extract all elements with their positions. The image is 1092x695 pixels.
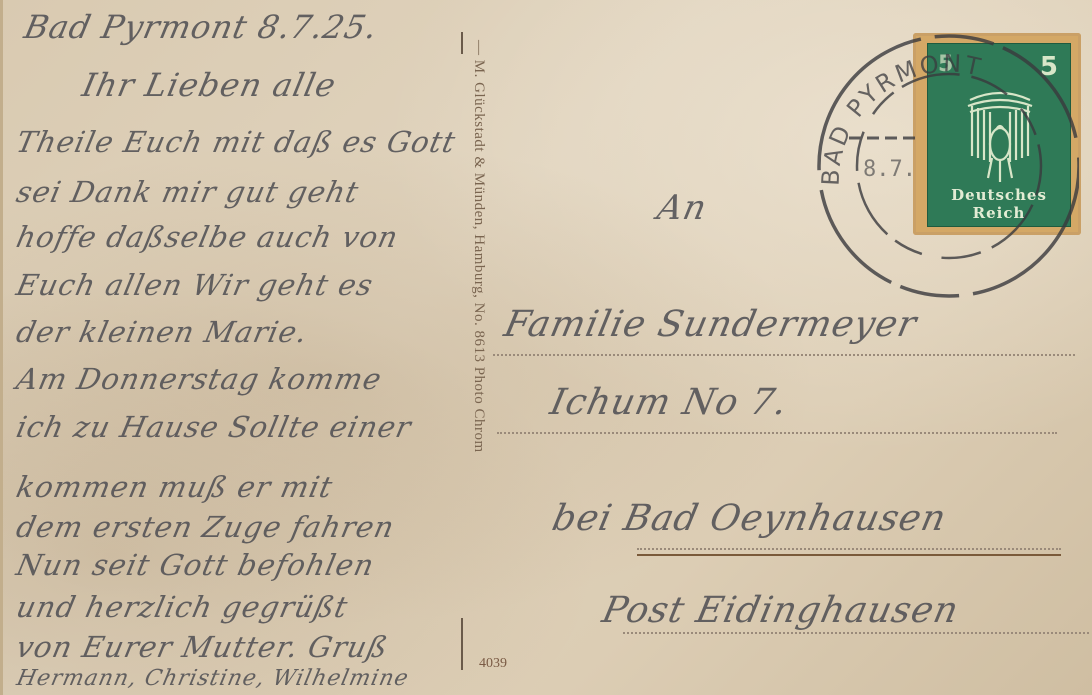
message-line: Am Donnerstag komme: [13, 362, 385, 396]
card-number: 4039: [479, 656, 507, 672]
address-rule-3: [637, 548, 1061, 550]
address-an: An: [654, 188, 711, 228]
message-line-signatures: Hermann, Christine, Wilhelmine: [14, 666, 411, 691]
divider-line-bottom: [461, 618, 463, 670]
address-rule-4: [623, 632, 1089, 634]
message-line: ich zu Hause Sollte einer: [13, 410, 414, 444]
message-line: der kleinen Marie.: [13, 315, 311, 349]
message-line: Nun seit Gott befohlen: [13, 548, 377, 582]
address-rule-2: [497, 432, 1057, 434]
message-line: dem ersten Zuge fahren: [13, 510, 397, 544]
postmark-date: 8.7.: [863, 157, 916, 182]
address-rule-1: [493, 354, 1075, 356]
message-line: kommen muß er mit: [13, 470, 336, 504]
message-line: Euch allen Wir geht es: [13, 268, 376, 302]
postmark-icon: BAD PYRMONT 8.7.: [799, 26, 1079, 306]
address-recipient: Familie Sundermeyer: [501, 304, 921, 345]
address-rule-3-solid: [637, 554, 1061, 556]
message-line: von Eurer Mutter. Gruß: [13, 630, 391, 664]
publisher-imprint: — M. Glückstadt & Münden, Hamburg, No. 8…: [457, 40, 487, 680]
message-line-date: Bad Pyrmont 8.7.25.: [21, 8, 381, 46]
message-line-salutation: Ihr Lieben alle: [79, 66, 340, 104]
address-town: bei Bad Oeynhausen: [549, 498, 951, 539]
address-post: Post Eidinghausen: [599, 590, 963, 631]
message-line: Theile Euch mit daß es Gott: [13, 125, 459, 159]
postcard-back: Bad Pyrmont 8.7.25. Ihr Lieben alle Thei…: [0, 0, 1092, 695]
message-line: und herzlich gegrüßt: [13, 590, 351, 624]
message-line: sei Dank mir gut geht: [13, 175, 362, 209]
address-street: Ichum No 7.: [547, 382, 792, 423]
message-line: hoffe daßselbe auch von: [13, 220, 401, 254]
